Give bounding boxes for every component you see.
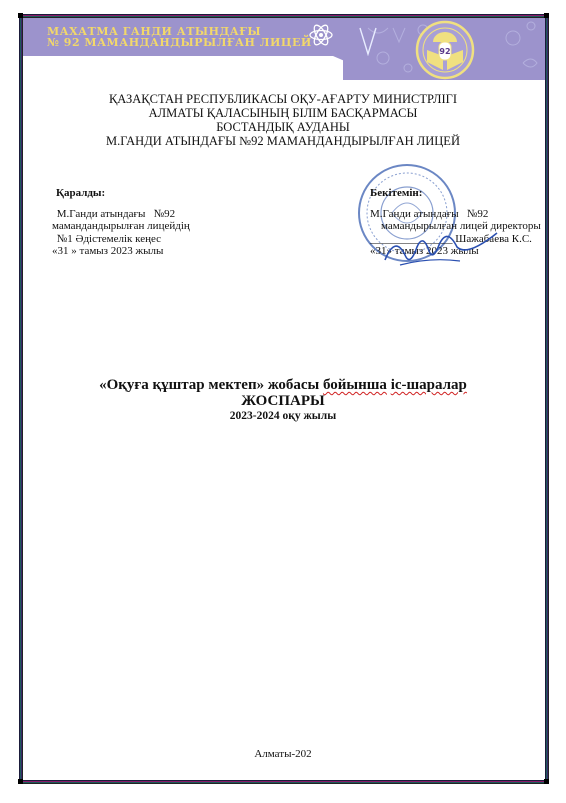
reviewed-line: М.Ганди атындағы №92 bbox=[54, 208, 190, 221]
page-border-bottom bbox=[19, 780, 549, 784]
header-line: АЛМАТЫ ҚАЛАСЫНЫҢ БІЛІМ БАСҚАРМАСЫ bbox=[0, 106, 566, 120]
reviewed-line: мамандандырылған лицейдің bbox=[52, 220, 190, 233]
border-corner bbox=[544, 779, 549, 784]
banner-title-line2: № 92 МАМАНДАНДЫРЫЛҒАН ЛИЦЕЙ bbox=[47, 37, 312, 48]
title-line2: ЖОСПАРЫ bbox=[0, 393, 566, 409]
school-emblem-icon: 92 bbox=[415, 20, 475, 80]
banner-title: МАХАТМА ГАНДИ АТЫНДАҒЫ № 92 МАМАНДАНДЫРЫ… bbox=[47, 26, 312, 48]
header-line: М.ГАНДИ АТЫНДАҒЫ №92 МАМАНДАНДЫРЫЛҒАН ЛИ… bbox=[0, 134, 566, 148]
title-line1: «Оқуға құштар мектеп» жобасы бойынша іс-… bbox=[0, 378, 566, 393]
reviewed-block: Қаралды: М.Ганди атындағы №92 маманданды… bbox=[54, 187, 190, 258]
approved-heading: Бекітемін: bbox=[370, 187, 541, 200]
ministry-header: ҚАЗАҚСТАН РЕСПУБЛИКАСЫ ОҚУ-АҒАРТУ МИНИСТ… bbox=[0, 92, 566, 148]
atom-icon bbox=[308, 22, 334, 48]
reviewed-line: «31 » тамыз 2023 жылы bbox=[52, 245, 190, 258]
banner-white-cutout bbox=[23, 56, 343, 80]
border-corner bbox=[18, 779, 23, 784]
header-line: БОСТАНДЫҚ АУДАНЫ bbox=[0, 120, 566, 134]
compass-icon bbox=[358, 26, 378, 56]
document-title: «Оқуға құштар мектеп» жобасы бойынша іс-… bbox=[0, 378, 566, 423]
header-line: ҚАЗАҚСТАН РЕСПУБЛИКАСЫ ОҚУ-АҒАРТУ МИНИСТ… bbox=[0, 92, 566, 106]
reviewed-line: №1 Әдістемелік кеңес bbox=[54, 233, 190, 246]
title-text: «Оқуға құштар мектеп» жобасы bbox=[99, 377, 323, 393]
spellcheck-word[interactable]: бойынша bbox=[323, 377, 387, 393]
spellcheck-word[interactable]: іс-шаралар bbox=[391, 377, 467, 393]
svg-text:92: 92 bbox=[439, 47, 450, 56]
footer-city: Алматы-202 bbox=[0, 748, 566, 760]
school-banner: МАХАТМА ГАНДИ АТЫНДАҒЫ № 92 МАМАНДАНДЫРЫ… bbox=[23, 18, 545, 80]
approved-line: М.Ганди атындағы №92 bbox=[370, 208, 541, 221]
academic-year: 2023-2024 оқу жылы bbox=[0, 409, 566, 423]
signature-icon bbox=[380, 230, 500, 270]
reviewed-heading: Қаралды: bbox=[56, 187, 190, 200]
